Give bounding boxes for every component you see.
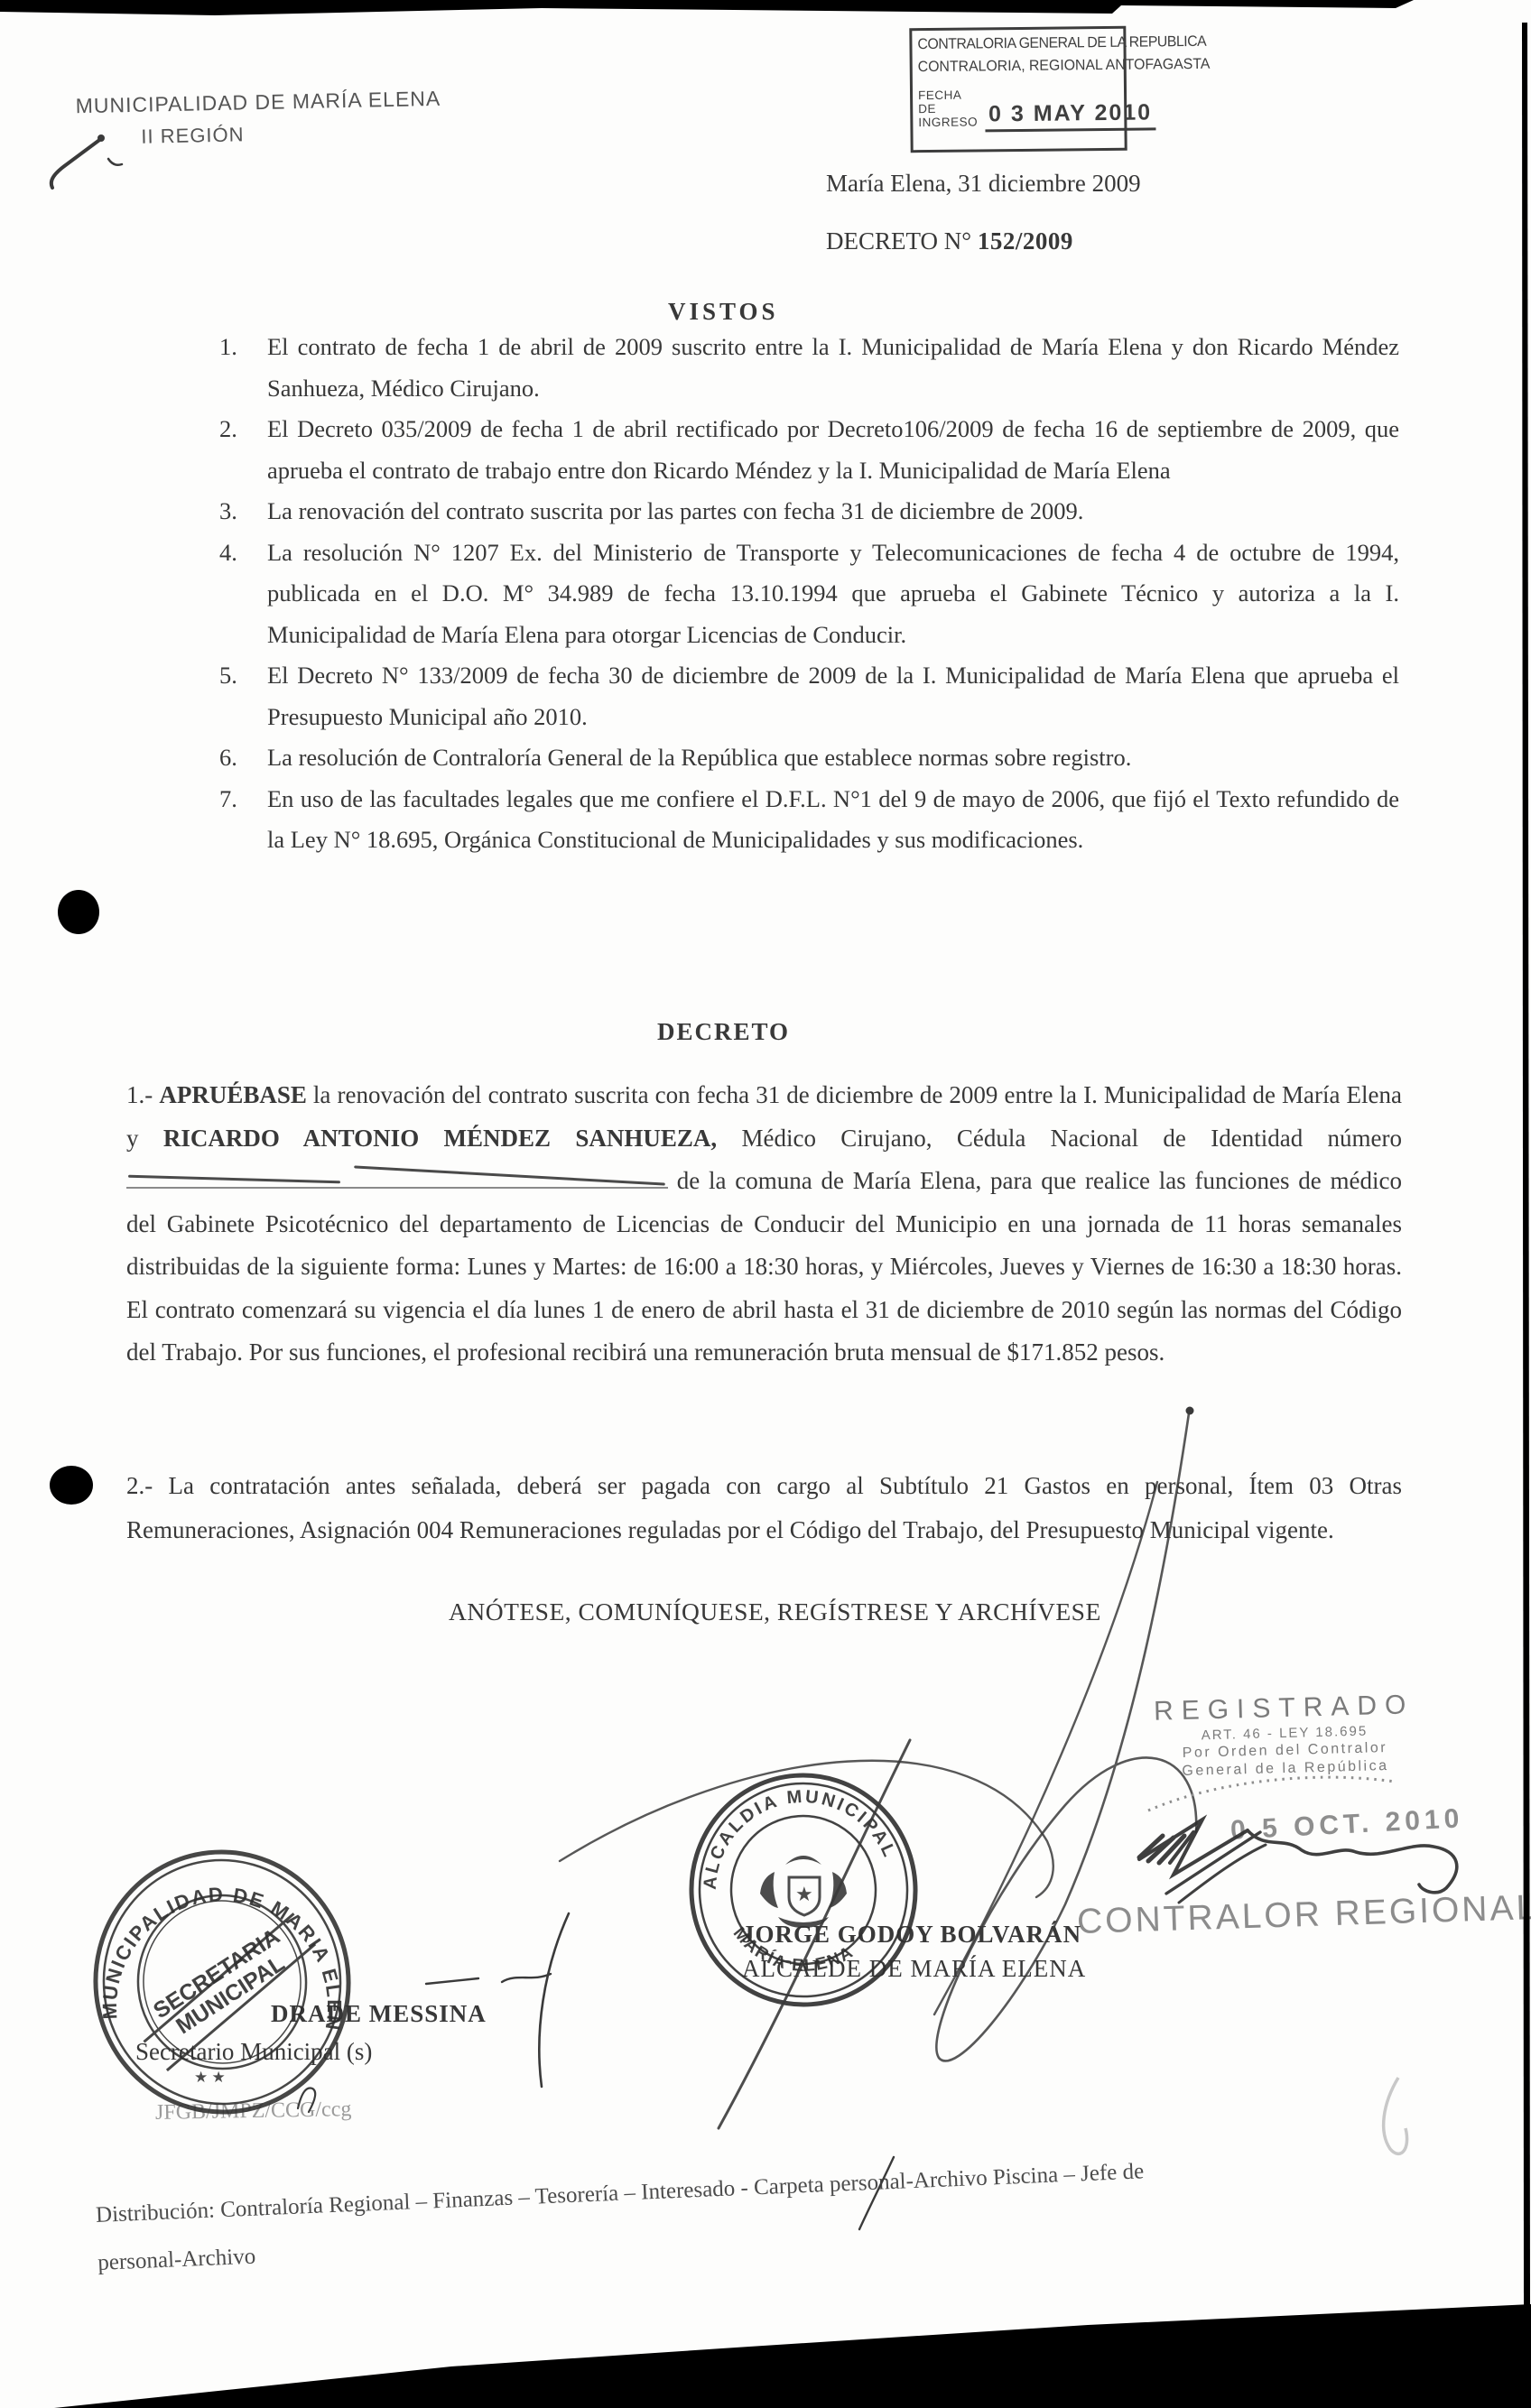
- registration-date-stamp: 0 5 OCT. 2010: [1229, 1803, 1464, 1846]
- seal-graphic: ALCALDIA MUNICIPAL MARÍA ELENA ★: [684, 1771, 923, 2009]
- p1-text: Médico Cirujano, Cédula Nacional de Iden…: [717, 1125, 1402, 1152]
- coat-of-arms: ★: [760, 1856, 847, 1928]
- item-text: El Decreto 035/2009 de fecha 1 de abril …: [267, 415, 1399, 484]
- item-text: El contrato de fecha 1 de abril de 2009 …: [267, 333, 1399, 402]
- redacted-id-blank: [126, 1176, 668, 1189]
- item-number: 6.: [219, 737, 237, 779]
- decree-prefix: DECRETO N°: [826, 227, 978, 255]
- vistos-item: 7.En uso de las facultades legales que m…: [219, 779, 1399, 861]
- pen-mark: [502, 1974, 551, 1982]
- svg-text:MARÍA ELENA: MARÍA ELENA: [729, 1924, 858, 1976]
- stamp-dotted-arc: [1148, 1777, 1395, 1811]
- paragraph-2: 2.- La contratación antes señalada, debe…: [126, 1464, 1402, 1551]
- pen-strike: [354, 1165, 665, 1185]
- secretaria-municipal-seal: MUNICIPALIDAD DE MARIA ELENA SECRETARIA …: [86, 1846, 358, 2118]
- hole-punch-mark: [50, 1466, 93, 1505]
- vistos-item: 6.La resolución de Contraloría General d…: [219, 737, 1399, 779]
- vistos-heading: VISTOS: [668, 298, 779, 326]
- pen-mark: [426, 1978, 478, 1984]
- item-text: La resolución N° 1207 Ex. del Ministerio…: [267, 539, 1399, 648]
- entry-stamp-line2: CONTRALORIA, REGIONAL ANTOFAGASTA: [918, 57, 1110, 76]
- letterhead: MUNICIPALIDAD DE MARÍA ELENA II REGIÓN: [75, 87, 441, 150]
- faint-pencil-mark: [1384, 2078, 1407, 2153]
- paragraph-1: 1.- APRUÉBASE la renovación del contrato…: [126, 1074, 1402, 1375]
- item-text: El Decreto N° 133/2009 de fecha 30 de di…: [267, 662, 1399, 730]
- item-number: 4.: [219, 533, 237, 574]
- item-text: La renovación del contrato suscrita por …: [267, 497, 1083, 524]
- contralor-regional-stamp: CONTRALOR REGIONAL: [1076, 1888, 1531, 1942]
- vistos-list: 1.El contrato de fecha 1 de abril de 200…: [219, 327, 1399, 861]
- region-label: II REGIÓN: [141, 119, 441, 149]
- item-number: 1.: [219, 327, 237, 368]
- vistos-item: 1.El contrato de fecha 1 de abril de 200…: [219, 327, 1399, 409]
- entry-date-label: FECHA DE INGRESO: [918, 88, 978, 133]
- seal-graphic: MUNICIPALIDAD DE MARIA ELENA SECRETARIA …: [86, 1846, 358, 2118]
- item-number: 7.: [219, 779, 237, 820]
- decree-number: 152/2009: [978, 227, 1073, 255]
- decree-number-line: DECRETO N° 152/2009: [826, 227, 1073, 255]
- vistos-item: 4.La resolución N° 1207 Ex. del Minister…: [219, 533, 1399, 656]
- vistos-item: 2.El Decreto 035/2009 de fecha 1 de abri…: [219, 409, 1399, 491]
- p1-apruebase: APRUÉBASE: [159, 1081, 307, 1108]
- dateline: María Elena, 31 diciembre 2009: [826, 170, 1141, 198]
- svg-text:★: ★: [795, 1883, 813, 1905]
- p1-lead: 1.-: [126, 1081, 159, 1108]
- item-number: 2.: [219, 409, 237, 450]
- item-number: 5.: [219, 655, 237, 697]
- seal-stars: ★ ★: [194, 2069, 226, 2086]
- item-text: La resolución de Contraloría General de …: [267, 744, 1131, 771]
- item-number: 3.: [219, 491, 237, 533]
- distribution-list: Distribución: Contraloría Regional – Fin…: [95, 2141, 1307, 2287]
- entry-stamp-line1: CONTRALORIA GENERAL DE LA REPUBLICA: [917, 34, 1109, 53]
- pen-mark: [539, 1913, 569, 2087]
- vistos-item: 3.La renovación del contrato suscrita po…: [219, 491, 1399, 533]
- municipality-name: MUNICIPALIDAD DE MARÍA ELENA: [75, 87, 441, 118]
- entry-date-value: 0 3 MAY 2010: [985, 99, 1155, 132]
- hole-punch-mark: [58, 890, 99, 934]
- alcaldia-municipal-seal: ALCALDIA MUNICIPAL MARÍA ELENA ★: [684, 1771, 923, 2009]
- closing-formula: ANÓTESE, COMUNÍQUESE, REGÍSTRESE Y ARCHÍ…: [449, 1598, 1101, 1626]
- entry-stamp-box: CONTRALORIA GENERAL DE LA REPUBLICA CONT…: [909, 26, 1127, 153]
- pen-strike: [128, 1175, 340, 1184]
- p1-text: de la comuna de María Elena, para que re…: [126, 1167, 1402, 1366]
- scanned-decree-page: MUNICIPALIDAD DE MARÍA ELENA II REGIÓN C…: [0, 0, 1531, 2408]
- decreto-heading: DECRETO: [657, 1018, 790, 1046]
- registrado-stamp: REGISTRADO ART. 46 - LEY 18.695 Por Orde…: [1126, 1689, 1443, 1781]
- item-text: En uso de las facultades legales que me …: [267, 785, 1399, 854]
- p1-person-name: RICARDO ANTONIO MÉNDEZ SANHUEZA,: [163, 1125, 717, 1152]
- vistos-item: 5.El Decreto N° 133/2009 de fecha 30 de …: [219, 655, 1399, 737]
